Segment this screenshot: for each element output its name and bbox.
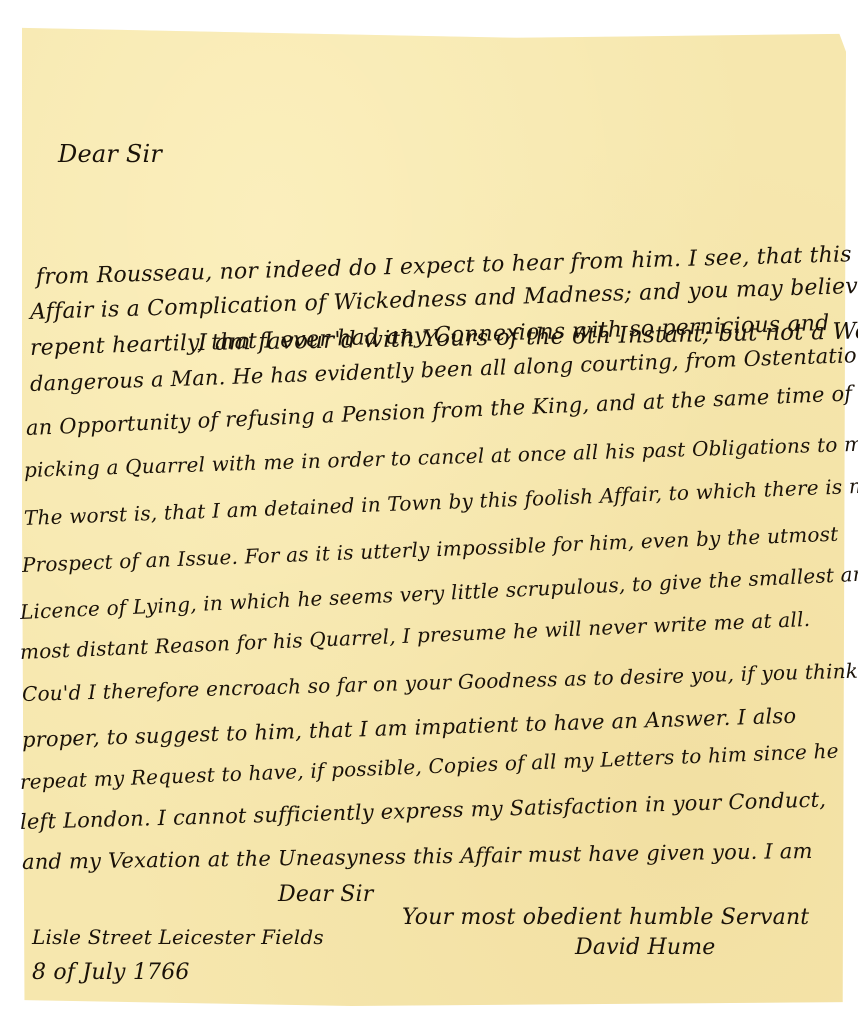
address: Lisle Street Leicester Fields [32,925,324,949]
closing-salutation: Dear Sir [278,882,374,907]
closing: Your most obedient humble Servant [402,905,809,930]
salutation: Dear Sir [58,140,162,168]
date: 8 of July 1766 [32,960,190,985]
signature: David Hume [575,935,716,960]
